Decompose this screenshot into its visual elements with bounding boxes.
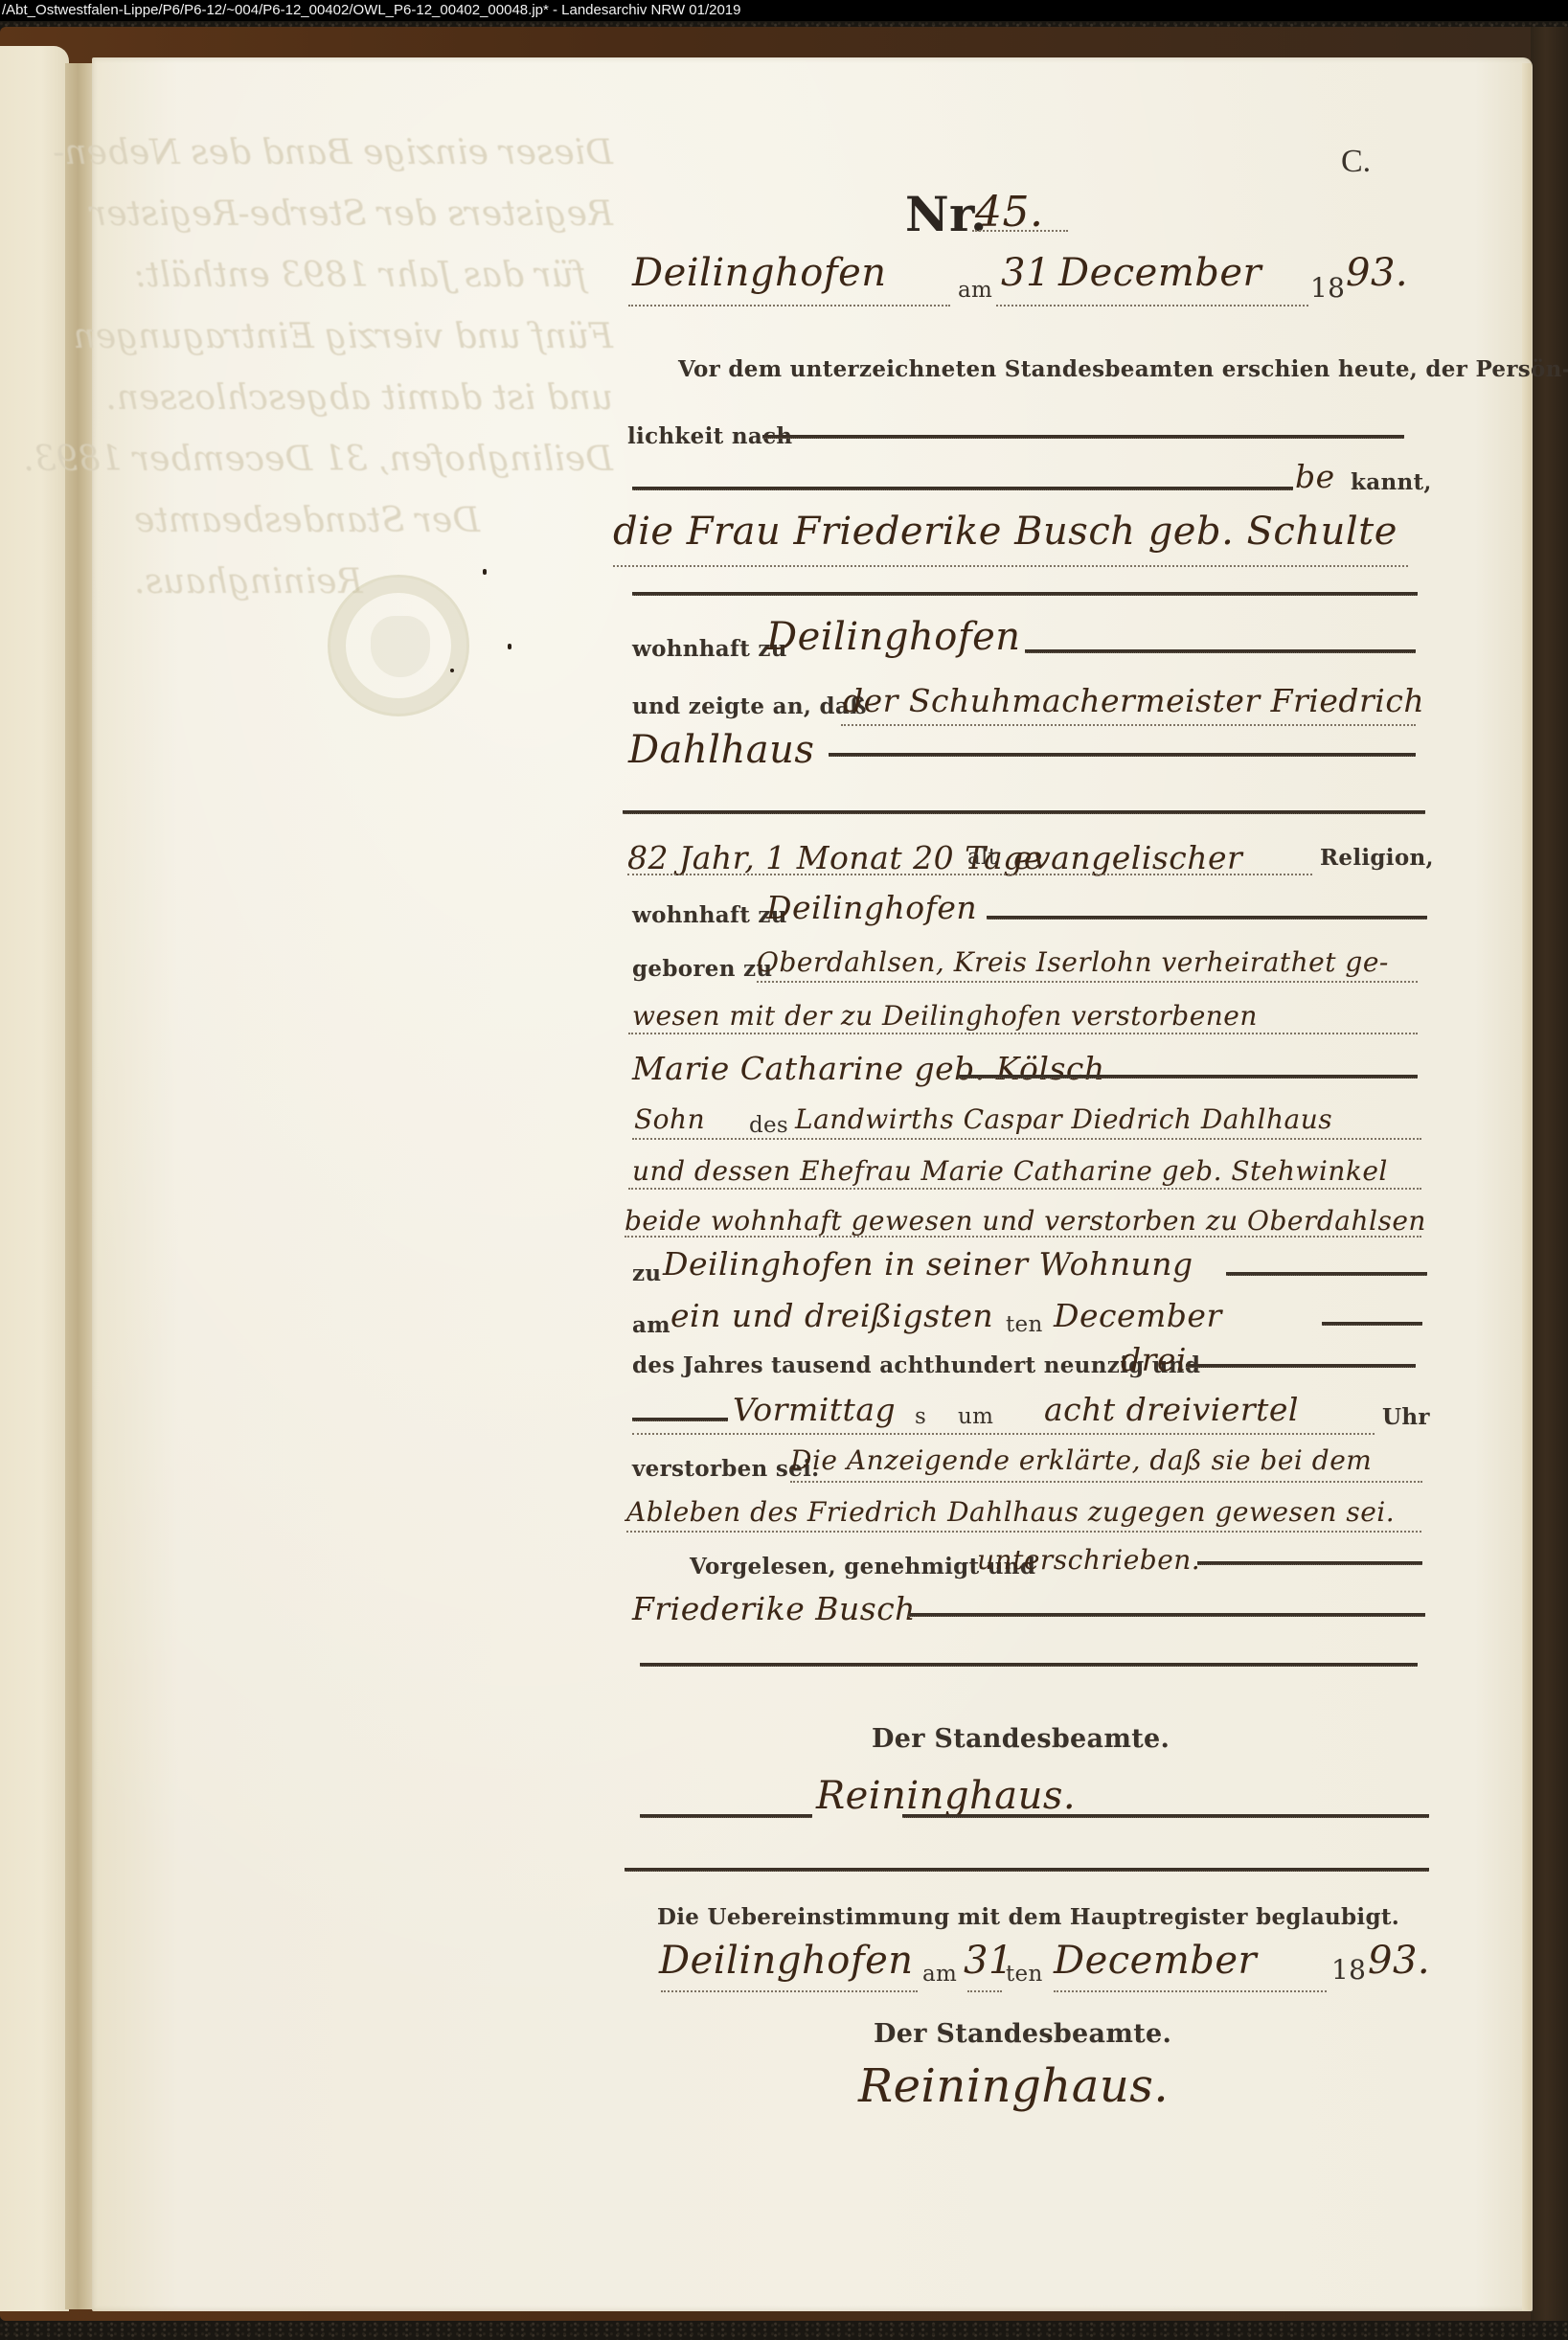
dotline (627, 874, 1312, 875)
registrar-title: Der Standesbeamte. (872, 1724, 1170, 1754)
death-time: acht dreiviertel (1044, 1391, 1299, 1428)
dotline (967, 1990, 1002, 1992)
intro-be-handwritten: be (1295, 458, 1335, 495)
page-fore-edge (1522, 63, 1532, 2310)
dotline (841, 724, 1416, 726)
informant-residence-label: wohnhaft zu (632, 636, 787, 662)
birth-line-2: wesen mit der zu Deilinghofen verstorben… (632, 1000, 1258, 1032)
birth-place-label: geboren zu (632, 956, 772, 982)
certification-year-suffix: 93. (1368, 1939, 1430, 1983)
book-gutter (65, 63, 94, 2309)
window-title-bar: /Abt_Ostwestfalen-Lippe/P6/P6-12/~004/P6… (0, 0, 1568, 21)
certification-place: Deilinghofen (659, 1939, 914, 1983)
fill-line (1322, 1322, 1422, 1326)
time-unit: Uhr (1382, 1404, 1430, 1430)
death-year-word: drei (1121, 1341, 1187, 1378)
year-suffix: 93. (1346, 251, 1408, 295)
informant-residence: Deilinghofen (766, 615, 1021, 659)
ink-speck (483, 569, 487, 575)
dotline (996, 305, 1308, 307)
bleed-line: und ist damit abgeschlossen. (134, 368, 613, 429)
intro-kannt-label: kannt, (1351, 469, 1432, 495)
bleed-line: Der Standesbeamte (134, 490, 613, 552)
series-mark: C. (1341, 144, 1371, 180)
dotline (632, 1433, 1375, 1435)
death-month: December (1054, 1297, 1222, 1334)
birth-line-1: Oberdahlsen, Kreis Iserlohn verheirathet… (757, 946, 1389, 978)
bleed-line: für das Jahr 1893 enthält: (134, 245, 613, 307)
fill-line (829, 753, 1416, 757)
death-day-suffix: ten (1006, 1312, 1043, 1337)
bleed-line: Fünf und vierzig Eintragungen (134, 307, 613, 368)
fill-line (762, 435, 1404, 439)
fill-line (902, 1814, 1429, 1818)
death-day: ein und dreißigsten (670, 1297, 993, 1334)
fill-line (640, 1814, 812, 1818)
left-page-edge (0, 46, 69, 2311)
read-approved-value: unterschrieben. (977, 1544, 1200, 1576)
time-of-day-suffix: s (915, 1404, 926, 1429)
bleed-line: Deilinghofen, 31 December 1893. (134, 429, 613, 490)
entry-number-dotline (972, 230, 1068, 232)
am-label: am (958, 278, 992, 303)
window-title: /Abt_Ostwestfalen-Lippe/P6/P6-12/~004/P6… (2, 2, 741, 18)
informant-name: die Frau Friederike Busch geb. Schulte (613, 510, 1398, 554)
dotline (628, 1188, 1421, 1190)
parents-line-1: Landwirths Caspar Diedrich Dahlhaus (795, 1103, 1332, 1135)
ink-speck (450, 669, 454, 672)
fill-line (632, 592, 1418, 596)
dotline (661, 1990, 918, 1992)
death-day-label: am (632, 1312, 670, 1338)
year-prefix: 18 (1310, 272, 1345, 304)
age-label: alt (967, 845, 997, 870)
dotline (626, 1531, 1421, 1533)
dotline (632, 1138, 1421, 1140)
parents-line-2: und dessen Ehefrau Marie Catharine geb. … (632, 1155, 1388, 1187)
dotline (790, 1481, 1422, 1483)
dotline (628, 305, 950, 307)
fill-line (958, 1075, 1418, 1079)
certification-registrar-signature: Reininghaus. (858, 2059, 1169, 2113)
death-place: Deilinghofen in seiner Wohnung (663, 1245, 1193, 1283)
seal-stamp-icon (328, 575, 469, 716)
remark-line-2: Ableben des Friedrich Dahlhaus zugegen g… (626, 1496, 1395, 1528)
dotline (757, 981, 1418, 983)
deceased-occupation-name: der Schuhmachermeister Friedrich (843, 682, 1424, 719)
religion-label: Religion, (1320, 845, 1434, 871)
death-place-label: zu (632, 1261, 661, 1286)
informant-signature: Friederike Busch (632, 1590, 916, 1627)
date-day: 31 (1001, 251, 1051, 295)
deceased-surname: Dahlhaus (628, 728, 814, 772)
registrar-signature: Reininghaus. (816, 1774, 1076, 1818)
fill-line (1226, 1272, 1427, 1276)
certification-month: December (1054, 1939, 1257, 1983)
fill-line (987, 916, 1427, 920)
intro-line-1: Vor dem unterzeichneten Standesbeamten e… (678, 356, 1568, 382)
bleed-line: Registers der Sterbe-Register (134, 184, 613, 245)
time-label: um (958, 1404, 993, 1429)
fill-line (632, 1418, 728, 1421)
place-handwritten: Deilinghofen (632, 251, 887, 295)
certification-year-prefix: 18 (1331, 1954, 1366, 1986)
dotline (625, 1236, 1421, 1238)
deceased-residence-label: wohnhaft zu (632, 902, 787, 928)
bleed-through-text: Dieser einzige Band des Neben- Registers… (134, 123, 613, 573)
bleed-line: Dieser einzige Band des Neben- (134, 123, 613, 184)
religion-value: evangelischer (1013, 839, 1242, 876)
certification-day-suffix: ten (1006, 1962, 1043, 1987)
fill-line (1025, 649, 1416, 653)
certification-registrar-title: Der Standesbeamte. (874, 2019, 1171, 2049)
birth-line-3: Marie Catharine geb. Kölsch (632, 1050, 1105, 1087)
parents-sohn: Sohn (634, 1103, 705, 1135)
remark-line-1: Die Anzeigende erklärte, daß sie bei dem (790, 1444, 1372, 1476)
fill-line (1186, 1364, 1416, 1368)
fill-line (640, 1663, 1418, 1667)
certification-statement: Die Uebereinstimmung mit dem Hauptregist… (657, 1904, 1399, 1930)
parents-line-3: beide wohnhaft gewesen und verstorben zu… (625, 1205, 1426, 1237)
death-year-label: des Jahres tausend achthundert neunzig u… (632, 1352, 1200, 1378)
fill-line (908, 1613, 1425, 1617)
parents-des-label: des (749, 1113, 788, 1138)
certification-am: am (922, 1962, 957, 1987)
date-month: December (1058, 251, 1261, 295)
dotline (1054, 1990, 1327, 1992)
ink-speck (508, 644, 511, 649)
fill-line (1197, 1561, 1422, 1565)
fill-line (632, 487, 1293, 490)
report-label: und zeigte an, daß (632, 693, 867, 719)
dotline (613, 565, 1408, 567)
dotline (628, 1033, 1418, 1034)
deceased-residence: Deilinghofen (766, 889, 977, 926)
fill-line (625, 1868, 1429, 1872)
time-of-day: Vormittag (733, 1391, 896, 1428)
fill-line (623, 810, 1425, 814)
